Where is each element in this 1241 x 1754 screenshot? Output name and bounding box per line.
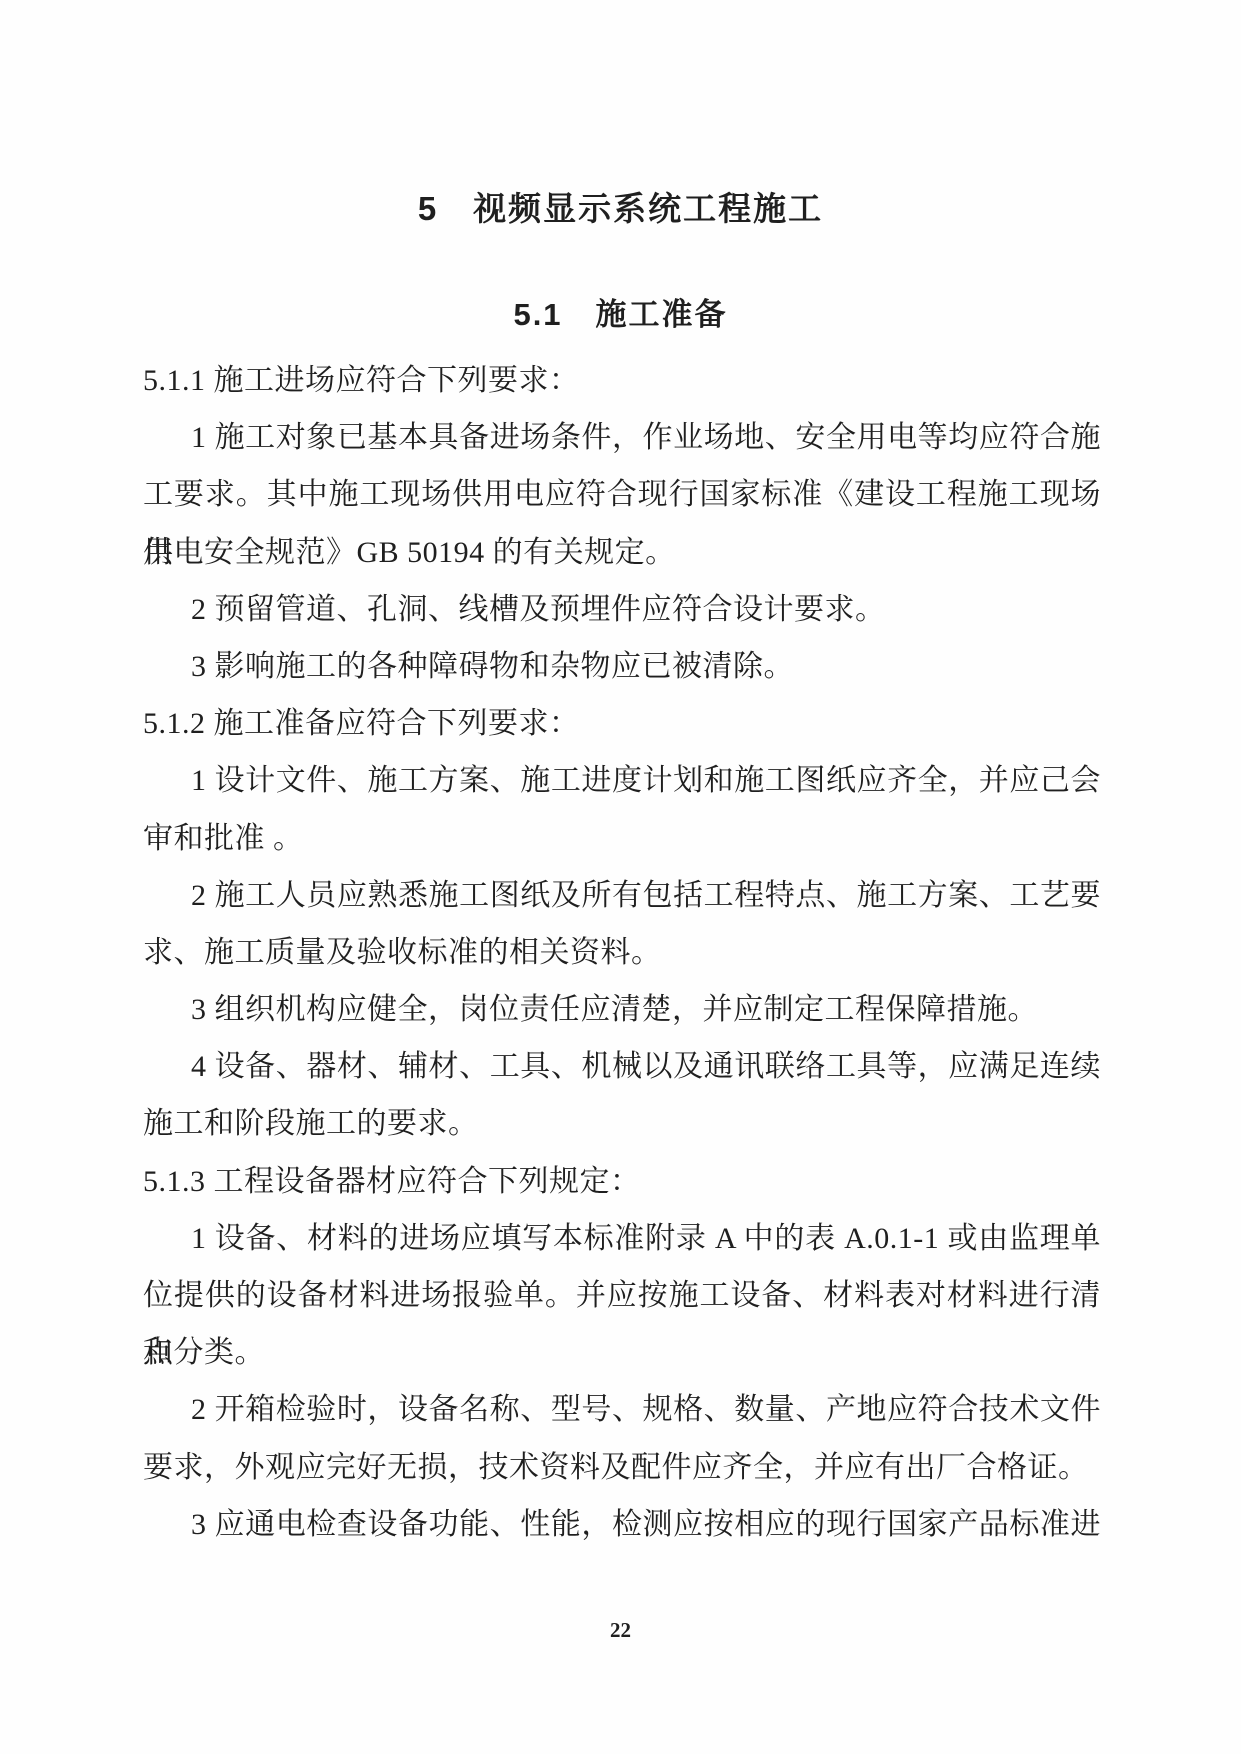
body-line: 2 预留管道、孔洞、线槽及预埋件应符合设计要求。 xyxy=(143,581,1101,638)
body-line: 5.1.1 施工进场应符合下列要求： xyxy=(143,352,1101,409)
body-line: 2 开箱检验时，设备名称、型号、规格、数量、产地应符合技术文件 xyxy=(143,1381,1101,1438)
document-body: 5.1.1 施工进场应符合下列要求：1 施工对象已基本具备进场条件，作业场地、安… xyxy=(143,352,1101,1553)
body-line: 1 设备、材料的进场应填写本标准附录 A 中的表 A.0.1-1 或由监理单 xyxy=(143,1210,1101,1267)
section-heading: 5.1 施工准备 xyxy=(0,289,1241,334)
body-line: 3 影响施工的各种障碍物和杂物应已被清除。 xyxy=(143,638,1101,695)
document-page: 5 视频显示系统工程施工 5.1 施工准备 5.1.1 施工进场应符合下列要求：… xyxy=(0,0,1241,1754)
page-number: 22 xyxy=(0,1618,1241,1643)
body-line: 要求，外观应完好无损，技术资料及配件应齐全，并应有出厂合格证。 xyxy=(143,1439,1101,1496)
body-line: 2 施工人员应熟悉施工图纸及所有包括工程特点、施工方案、工艺要 xyxy=(143,867,1101,924)
body-line: 位提供的设备材料进场报验单。并应按施工设备、材料表对材料进行清点 xyxy=(143,1267,1101,1324)
body-line: 1 施工对象已基本具备进场条件，作业场地、安全用电等均应符合施 xyxy=(143,409,1101,466)
body-line: 1 设计文件、施工方案、施工进度计划和施工图纸应齐全，并应己会 xyxy=(143,752,1101,809)
body-line: 用电安全规范》GB 50194 的有关规定。 xyxy=(143,524,1101,581)
body-line: 3 应通电检查设备功能、性能，检测应按相应的现行国家产品标准进 xyxy=(143,1496,1101,1553)
body-line: 5.1.3 工程设备器材应符合下列规定： xyxy=(143,1153,1101,1210)
body-line: 5.1.2 施工准备应符合下列要求： xyxy=(143,695,1101,752)
body-line: 和分类。 xyxy=(143,1324,1101,1381)
body-line: 施工和阶段施工的要求。 xyxy=(143,1095,1101,1152)
body-line: 求、施工质量及验收标准的相关资料。 xyxy=(143,924,1101,981)
body-line: 工要求。其中施工现场供用电应符合现行国家标准《建设工程施工现场供 xyxy=(143,466,1101,523)
body-line: 审和批准 。 xyxy=(143,810,1101,867)
body-line: 4 设备、器材、辅材、工具、机械以及通讯联络工具等，应满足连续 xyxy=(143,1038,1101,1095)
body-line: 3 组织机构应健全，岗位责任应清楚，并应制定工程保障措施。 xyxy=(143,981,1101,1038)
document-title: 5 视频显示系统工程施工 xyxy=(0,183,1241,230)
